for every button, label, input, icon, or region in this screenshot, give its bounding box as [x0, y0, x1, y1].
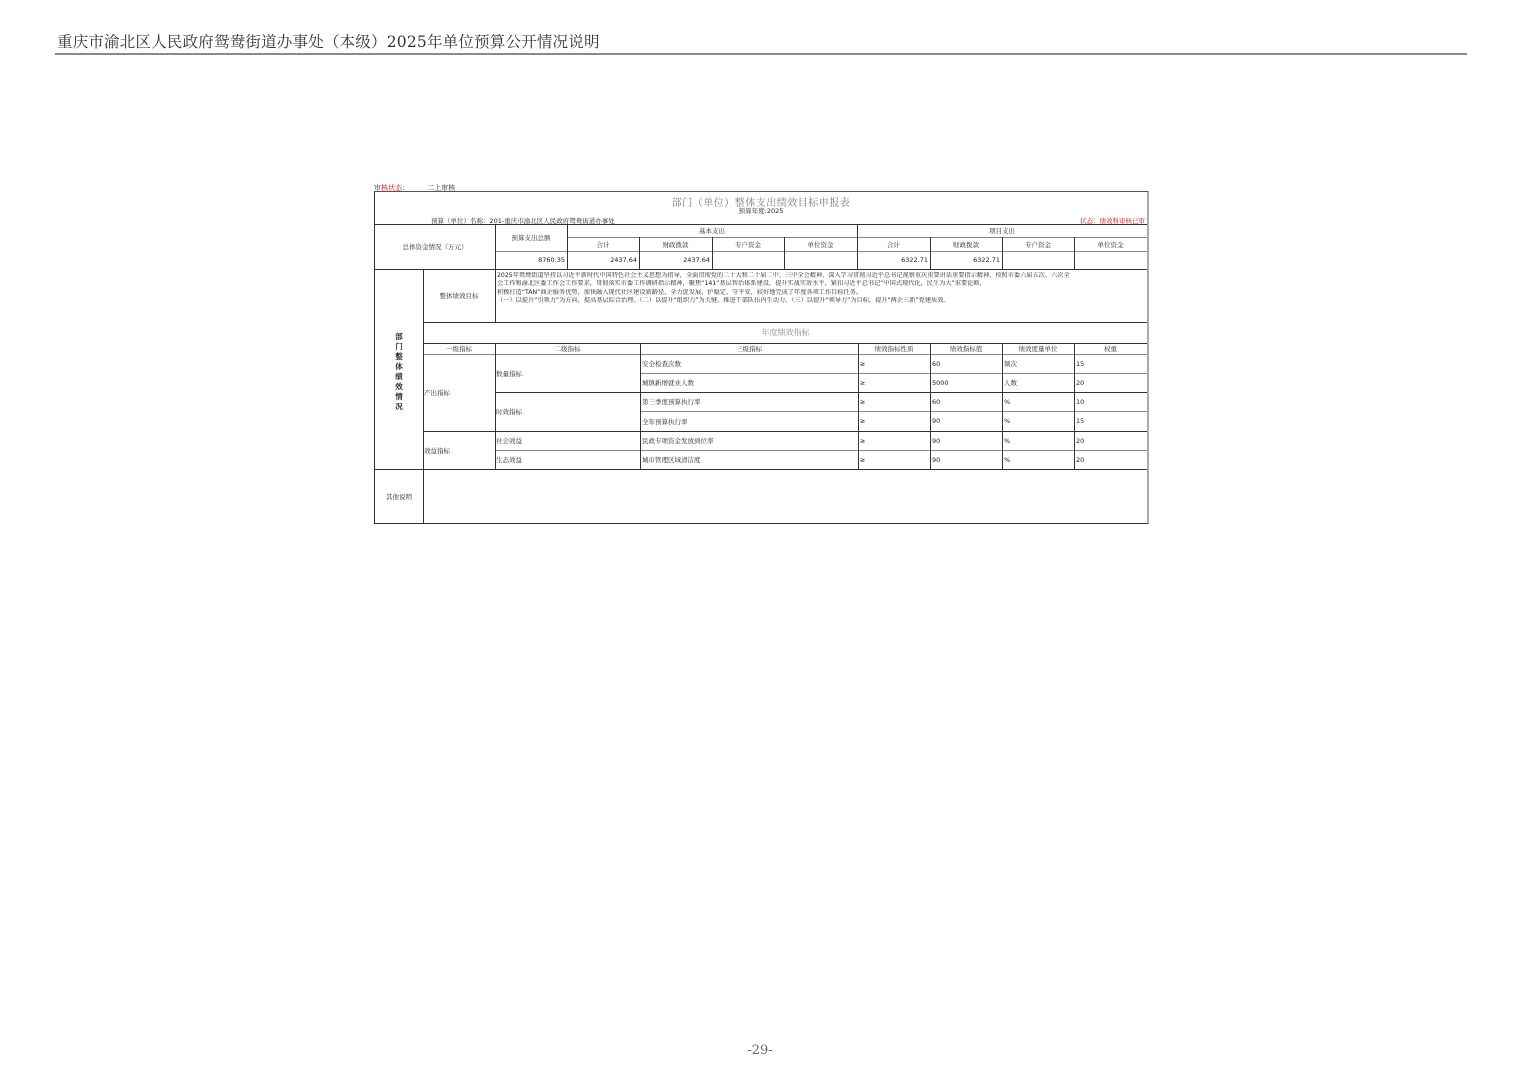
indicator-nature: ≥ [859, 354, 930, 373]
level1-indicator: 效益指标 [423, 431, 495, 469]
overall-goal-label: 整体绩效目标 [423, 269, 495, 322]
section-label-char: 绩 [375, 372, 423, 382]
indicator-unit: 人数 [1003, 373, 1074, 392]
total-budget-label: 预算支出总额 [495, 224, 567, 251]
fund-value [1002, 251, 1074, 269]
indicator-header: 绩效指标值 [930, 343, 1002, 354]
section-label-char: 门 [375, 342, 423, 352]
indicator-level3: 民政专项资金发放到位率 [641, 431, 858, 450]
level2-indicator: 数量指标 [495, 354, 640, 392]
indicator-level3: 城市管理区域清洁度 [641, 450, 858, 469]
indicator-weight: 20 [1075, 450, 1147, 469]
header-divider [55, 53, 1467, 55]
project-expense-label: 项目支出 [857, 224, 1147, 237]
fund-value: 2437.64 [567, 251, 639, 269]
indicator-header: 绩效指标性质 [858, 343, 930, 354]
indicator-unit: % [1003, 450, 1074, 469]
indicator-header: 三级指标 [640, 343, 858, 354]
indicator-value: 60 [931, 354, 1002, 373]
goal-line: 会工作和渝北区委工作会工作要求，贯彻落实市委工作调研指示精神，聚焦“141”基层… [497, 280, 1147, 288]
other-notes-label: 其他说明 [375, 469, 423, 523]
indicator-nature: ≥ [859, 431, 930, 450]
indicator-header: 绩效度量单位 [1002, 343, 1074, 354]
indicator-nature: ≥ [859, 411, 930, 431]
indicator-unit: 频次 [1003, 354, 1074, 373]
indicator-weight: 20 [1075, 431, 1147, 450]
indicator-nature: ≥ [859, 373, 930, 392]
section-label-char: 况 [375, 402, 423, 412]
section-label-char: 效 [375, 382, 423, 392]
fund-subheader: 单位资金 [1074, 237, 1147, 251]
table-frame: 部门（单位）整体支出绩效目标申报表 预算年度:2025 预算（单位）名称：201… [374, 191, 1149, 524]
fund-subheader: 财政拨款 [930, 237, 1002, 251]
section-label: 部门整体绩效情况 [375, 332, 423, 412]
indicator-weight: 10 [1075, 392, 1147, 411]
indicator-weight: 20 [1075, 373, 1147, 392]
section-label-char: 体 [375, 362, 423, 372]
indicator-header: 权重 [1074, 343, 1147, 354]
section-label-char: 情 [375, 392, 423, 402]
fund-value: 2437.64 [639, 251, 712, 269]
indicator-value: 90 [931, 450, 1002, 469]
section-label-char: 整 [375, 352, 423, 362]
indicator-level3: 全年预算执行率 [641, 411, 858, 431]
indicator-unit: % [1003, 411, 1074, 431]
fund-subheader: 专户资金 [1002, 237, 1074, 251]
indicator-value: 90 [931, 411, 1002, 431]
indicator-header: 二级指标 [495, 343, 640, 354]
fund-subheader: 专户资金 [712, 237, 784, 251]
indicator-nature: ≥ [859, 450, 930, 469]
fund-value [1074, 251, 1147, 269]
indicator-nature: ≥ [859, 392, 930, 411]
fund-value [784, 251, 857, 269]
level2-indicator: 生态效益 [495, 450, 640, 469]
goal-line: （一）以提升“引领力”为方向，提高基层综合治理。（二）以提升“组织力”为关键，推… [497, 297, 1147, 305]
goal-line: 积极打造“TAN”商企服务优势，加快融入现代社区建设新路径，全力促发展、护稳定、… [497, 289, 1147, 297]
level2-indicator: 时效指标 [495, 392, 640, 431]
indicator-weight: 15 [1075, 354, 1147, 373]
fund-subheader: 合计 [567, 237, 639, 251]
fund-subheader: 单位资金 [784, 237, 857, 251]
goal-line: 2025年鸳鸯街道坚持以习近平新时代中国特色社会主义思想为指导，全面贯彻党的二十… [497, 272, 1147, 280]
funds-row-label: 总体资金情况（万元） [375, 224, 495, 269]
indicator-header: 一级指标 [423, 343, 495, 354]
page-header: 重庆市渝北区人民政府鸳鸯街道办事处（本级）2025年单位预算公开情况说明 [57, 30, 600, 52]
level1-indicator: 产出指标 [423, 354, 495, 431]
fund-value: 6322.71 [857, 251, 930, 269]
section-label-char: 部 [375, 332, 423, 342]
indicator-level3: 第三季度预算执行率 [641, 392, 858, 411]
other-notes-value [423, 469, 1147, 523]
budget-year: 预算年度:2025 [375, 206, 1147, 215]
indicator-value: 60 [931, 392, 1002, 411]
fund-subheader: 合计 [857, 237, 930, 251]
page-number: -29- [0, 1043, 1520, 1058]
level2-indicator: 社会效益 [495, 431, 640, 450]
fund-value [712, 251, 784, 269]
indicator-value: 90 [931, 431, 1002, 450]
basic-expense-label: 基本支出 [567, 224, 857, 237]
indicator-unit: % [1003, 392, 1074, 411]
indicator-level3: 城镇新增就业人数 [641, 373, 858, 392]
indicator-value: 5000 [931, 373, 1002, 392]
overall-goal-text: 2025年鸳鸯街道坚持以习近平新时代中国特色社会主义思想为指导，全面贯彻党的二十… [497, 272, 1147, 306]
fund-subheader: 财政拨款 [639, 237, 712, 251]
annual-indicators-title: 年度绩效指标 [423, 322, 1147, 343]
indicator-unit: % [1003, 431, 1074, 450]
total-budget-value: 8760.35 [495, 251, 567, 269]
indicator-weight: 15 [1075, 411, 1147, 431]
fund-value: 6322.71 [930, 251, 1002, 269]
indicator-level3: 安全检查次数 [641, 354, 858, 373]
